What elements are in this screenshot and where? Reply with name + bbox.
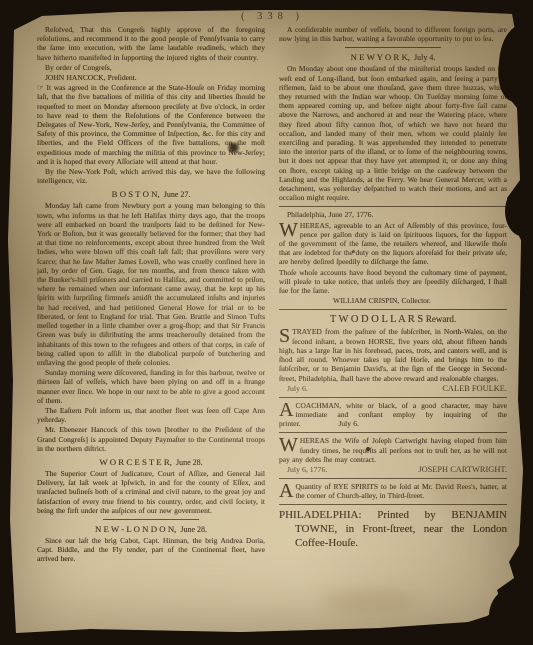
coachman-ad: ACOACHMAN, white or black, of a good cha… xyxy=(279,401,507,429)
printer-imprint: PHILADELPHIA: Printed by BENJAMIN TOWNE,… xyxy=(279,508,507,550)
boston-paragraph-1: Monday laſt came from Newbury port a you… xyxy=(37,201,265,367)
crispin-signature: WILLIAM CRISPIN, Collector. xyxy=(279,296,507,305)
resolved-paragraph: Reſolved, That this Congreſs highly appr… xyxy=(37,25,265,62)
drop-cap: A xyxy=(279,402,293,418)
drop-cap: A xyxy=(279,483,293,499)
cartwright-footer: July 6, 1776.JOSEPH CARTWRIGHT. xyxy=(279,465,507,474)
cartwright-notice: WHEREAS the Wife of Joſeph Cartwright ha… xyxy=(279,436,507,464)
page-content: ( 338 ) Reſolved, That this Congreſs hig… xyxy=(37,11,508,631)
rye-spirits-ad: AQuantity of RYE SPIRITS to be ſold at M… xyxy=(279,482,507,500)
newyork-heading: N E W Y O R K,July 4. xyxy=(279,52,507,62)
worcester-heading: W O R C E S T E R,June 28. xyxy=(37,457,265,467)
torn-edge-mid-right xyxy=(505,188,533,236)
hancock-signature: JOHN HANCOCK, Preſident. xyxy=(37,73,265,82)
by-order-line: By order of Congreſs, xyxy=(37,63,265,72)
drop-cap: W xyxy=(279,437,298,453)
ad-divider xyxy=(279,504,507,505)
newyork-paragraph: On Monday about one thouſand of the mini… xyxy=(279,64,507,202)
vessels-paragraph: A conſiderable number of veſſels, bound … xyxy=(279,25,507,43)
foulke-signature: CALEB FOULKE. xyxy=(442,384,507,393)
ad-divider xyxy=(279,309,507,310)
conference-text: It was agreed in the Conference at the S… xyxy=(37,83,265,166)
newyork-post-note: By the New-York Poſt, which arrived this… xyxy=(37,167,265,185)
ad-date: July 6. xyxy=(287,384,308,393)
worcester-paragraph: The Superior Court of Judicature, Court … xyxy=(37,469,265,515)
drop-cap: S xyxy=(279,328,290,344)
duty-notice-2: Thoſe whoſe accounts have ſtood beyond t… xyxy=(279,268,507,296)
newlondon-heading: N E W - L O N D O N,June 28. xyxy=(37,524,265,534)
ad-divider xyxy=(279,397,507,398)
reward-tail: Reward. xyxy=(426,314,456,324)
conference-paragraph: ☞ It was agreed in the Conference at the… xyxy=(37,83,265,166)
section-divider xyxy=(345,47,441,48)
boston-paragraph-2: Sunday morning were diſcovered, ſtanding… xyxy=(37,368,265,405)
newlondon-date: June 28. xyxy=(180,525,207,534)
boston-date: June 27. xyxy=(164,190,191,199)
newyork-date: July 4. xyxy=(414,53,435,62)
duty-notice: WHEREAS, agreeable to an Act of Aſſembly… xyxy=(279,221,507,267)
worcester-date: June 28. xyxy=(176,458,203,467)
ad-date: July 6. xyxy=(338,419,358,428)
drop-cap: W xyxy=(279,222,298,238)
boston-paragraph-4: Mr. Ebenezer Hancock of this town [broth… xyxy=(37,425,265,453)
section-divider xyxy=(103,519,199,520)
page-number: ( 338 ) xyxy=(37,11,508,22)
cartwright-signature: JOSEPH CARTWRIGHT. xyxy=(418,465,507,474)
boston-paragraph-3: The Eaſtern Poſt inform us, that another… xyxy=(37,406,265,424)
strayed-ad-footer: July 6.CALEB FOULKE. xyxy=(279,384,507,393)
boston-heading: B O S T O N,June 27. xyxy=(37,189,265,199)
newlondon-paragraph: Since our laſt the brig Cabot, Capt. Hin… xyxy=(37,536,265,564)
philadelphia-dateline: Philadelphia, June 27, 1776. xyxy=(279,210,507,219)
strayed-horse-ad: STRAYED from the paſture of the ſubſcrib… xyxy=(279,327,507,382)
ad-divider xyxy=(279,478,507,479)
ad-divider xyxy=(279,206,507,207)
right-column: A conſiderable number of veſſels, bound … xyxy=(279,25,507,565)
left-column: Reſolved, That this Congreſs highly appr… xyxy=(37,25,265,565)
reward-heading: T W O D O L L A R S Reward. xyxy=(279,314,507,325)
pointing-hand-icon: ☞ xyxy=(37,83,44,92)
ad-date: July 6, 1776. xyxy=(287,465,327,474)
ad-divider xyxy=(279,432,507,433)
